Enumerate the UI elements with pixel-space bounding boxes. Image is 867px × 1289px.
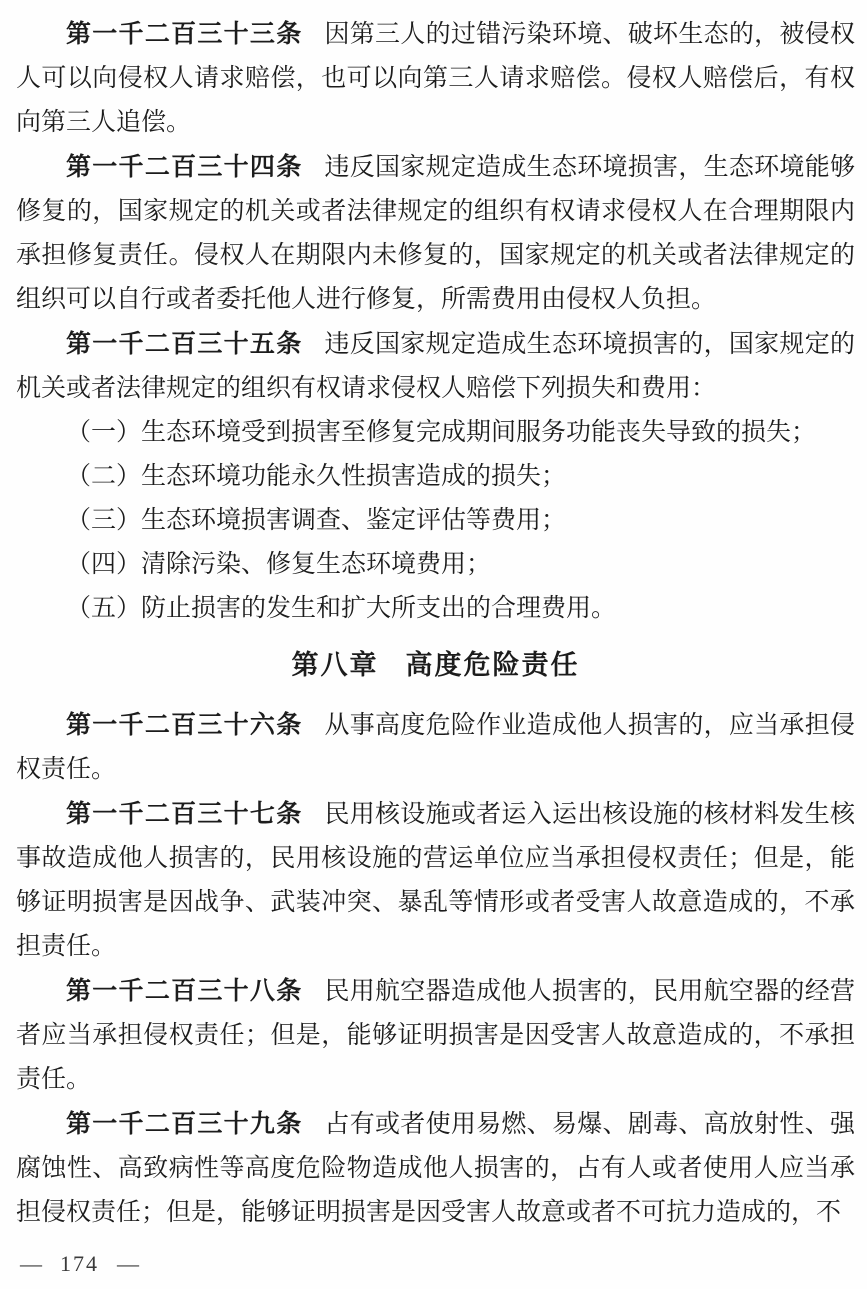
footer-left-dash: — <box>20 1251 42 1276</box>
article-1236-number-label: 第一千二百三十六条 <box>66 711 302 739</box>
article-1238-number-label: 第一千二百三十八条 <box>66 977 302 1005</box>
footer-right-dash: — <box>117 1251 139 1276</box>
article-1237-paragraph: 第一千二百三十七条民用核设施或者运入运出核设施的核材料发生核事故造成他人损害的，… <box>16 792 855 969</box>
chapter-number: 第八章 <box>292 650 379 680</box>
page-footer: —174— <box>20 1249 139 1277</box>
chapter-title: 高度危险责任 <box>406 650 580 680</box>
list-item-4: （四）清除污染、修复生态环境费用； <box>16 543 855 587</box>
article-1234-number-label: 第一千二百三十四条 <box>66 153 302 181</box>
document-page: 第一千二百三十三条因第三人的过错污染环境、破坏生态的，被侵权人可以向侵权人请求赔… <box>0 0 867 1289</box>
article-1235-paragraph: 第一千二百三十五条违反国家规定造成生态环境损害的，国家规定的机关或者法律规定的组… <box>16 322 855 411</box>
article-1239-number-label: 第一千二百三十九条 <box>66 1110 302 1138</box>
article-1234-paragraph: 第一千二百三十四条违反国家规定造成生态环境损害，生态环境能够修复的，国家规定的机… <box>16 145 855 322</box>
list-item-1: （一）生态环境受到损害至修复完成期间服务功能丧失导致的损失； <box>16 411 855 455</box>
article-1235-number-label: 第一千二百三十五条 <box>66 330 302 358</box>
article-1238-paragraph: 第一千二百三十八条民用航空器造成他人损害的，民用航空器的经营者应当承担侵权责任；… <box>16 969 855 1102</box>
chapter-heading: 第八章高度危险责任 <box>16 643 855 687</box>
page-number: 174 <box>60 1251 99 1276</box>
article-1233-number-label: 第一千二百三十三条 <box>66 20 302 48</box>
list-item-5: （五）防止损害的发生和扩大所支出的合理费用。 <box>16 587 855 631</box>
article-1233-paragraph: 第一千二百三十三条因第三人的过错污染环境、破坏生态的，被侵权人可以向侵权人请求赔… <box>16 12 855 145</box>
article-1239-paragraph: 第一千二百三十九条占有或者使用易燃、易爆、剧毒、高放射性、强腐蚀性、高致病性等高… <box>16 1102 855 1235</box>
article-1236-paragraph: 第一千二百三十六条从事高度危险作业造成他人损害的，应当承担侵权责任。 <box>16 703 855 792</box>
list-item-2: （二）生态环境功能永久性损害造成的损失； <box>16 455 855 499</box>
list-item-3: （三）生态环境损害调查、鉴定评估等费用； <box>16 499 855 543</box>
article-1237-number-label: 第一千二百三十七条 <box>66 800 302 828</box>
